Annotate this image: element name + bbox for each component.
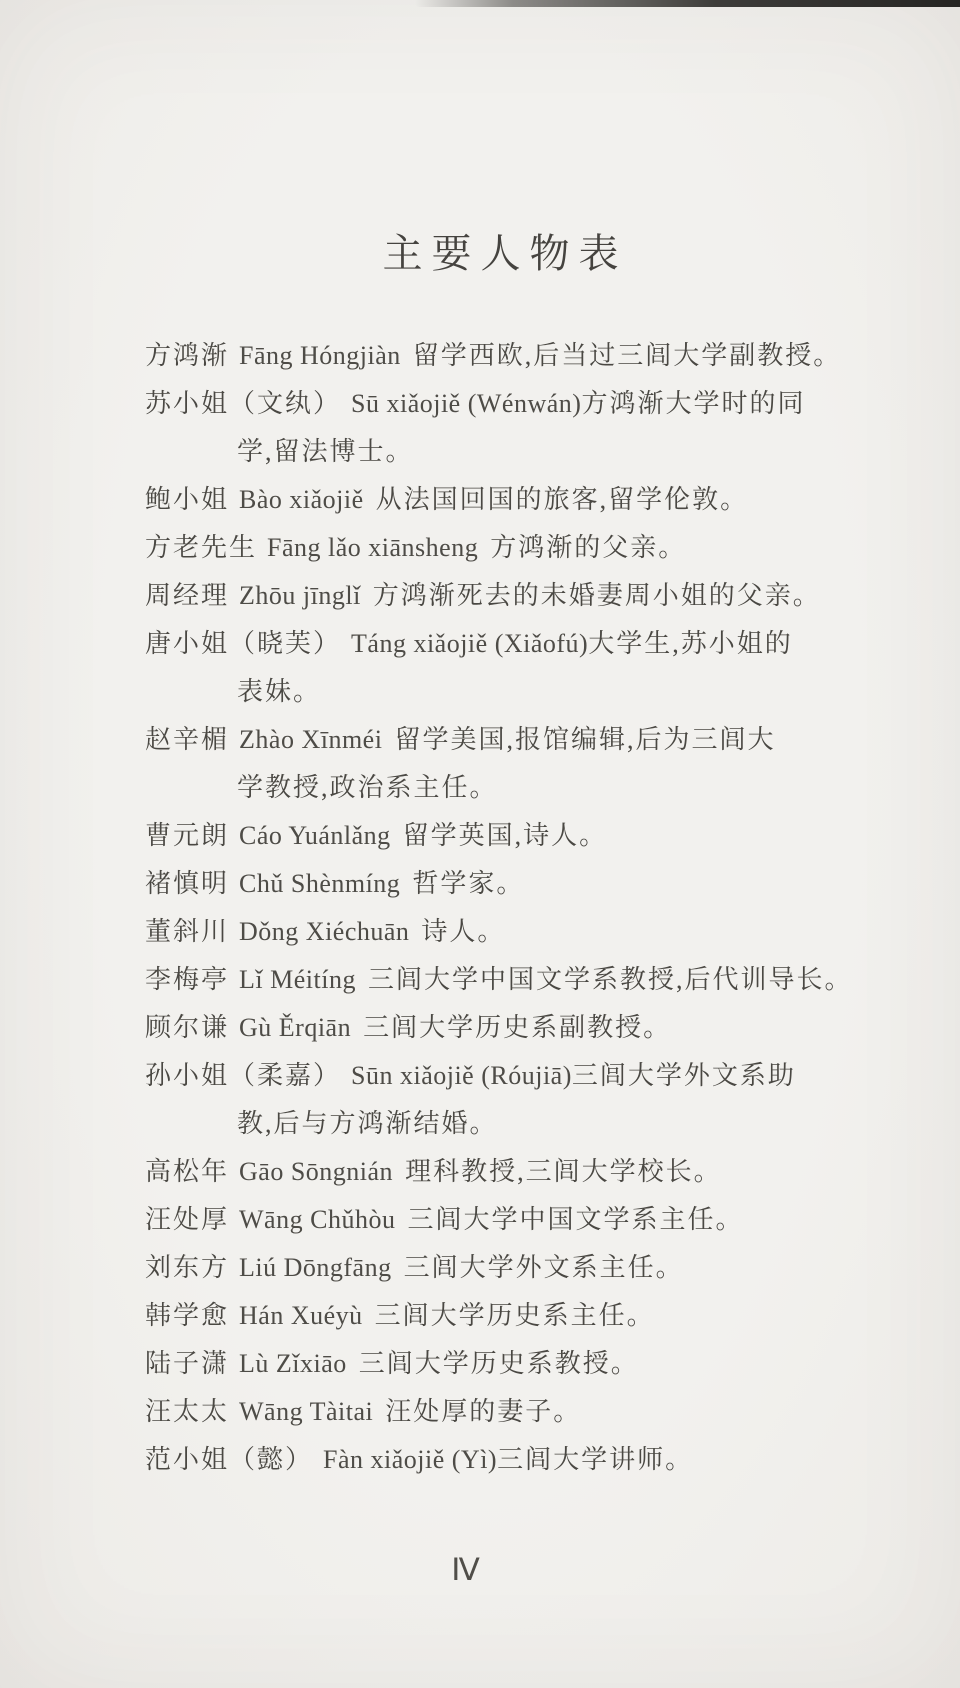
character-name: 赵辛楣 xyxy=(145,716,239,764)
character-description: 方鸿渐的父亲。 xyxy=(490,533,686,562)
character-description: 方鸿渐大学时的同 xyxy=(581,389,805,418)
character-list: 方鸿渐Fāng Hóngjiàn留学西欧,后当过三闾大学副教授。 苏小姐（文纨）… xyxy=(145,332,900,1484)
character-pinyin: Fàn xiǎojiě (Yì) xyxy=(323,1445,497,1474)
character-entry: 董斜川Dǒng Xiéchuān诗人。 xyxy=(145,908,900,956)
character-name: 方老先生 xyxy=(145,524,267,572)
character-name: 褚慎明 xyxy=(145,860,239,908)
character-pinyin: Chǔ Shènmíng xyxy=(239,869,400,898)
description-continuation-line: 学,留法博士。 xyxy=(145,428,900,476)
character-description: 哲学家。 xyxy=(412,869,524,898)
character-name: 刘东方 xyxy=(145,1244,239,1292)
character-entry-line: 曹元朗Cáo Yuánlǎng留学英国,诗人。 xyxy=(145,812,900,860)
character-name: 顾尔谦 xyxy=(145,1004,239,1052)
character-entry-line: 赵辛楣Zhào Xīnméi留学美国,报馆编辑,后为三闾大 xyxy=(145,716,900,764)
description-continuation-line: 教,后与方鸿渐结婚。 xyxy=(145,1100,900,1148)
character-entry: 曹元朗Cáo Yuánlǎng留学英国,诗人。 xyxy=(145,812,900,860)
character-pinyin: Gù Ěrqiān xyxy=(239,1013,351,1042)
character-entry-line: 唐小姐（晓芙）Táng xiǎojiě (Xiǎofú)大学生,苏小姐的 xyxy=(145,620,900,668)
scan-edge-artifact xyxy=(415,0,960,7)
character-entry-line: 孙小姐（柔嘉）Sūn xiǎojiě (Róujiā)三闾大学外文系助 xyxy=(145,1052,900,1100)
character-entry: 范小姐（懿）Fàn xiǎojiě (Yì)三闾大学讲师。 xyxy=(145,1436,900,1484)
character-description: 三闾大学历史系主任。 xyxy=(375,1301,655,1330)
character-entry-line: 褚慎明Chǔ Shènmíng哲学家。 xyxy=(145,860,900,908)
character-pinyin: Lù Zǐxiāo xyxy=(239,1349,347,1378)
character-entry: 刘东方Liú Dōngfāng三闾大学外文系主任。 xyxy=(145,1244,900,1292)
character-entry-line: 韩学愈Hán Xuéyù三闾大学历史系主任。 xyxy=(145,1292,900,1340)
character-entry-line: 苏小姐（文纨）Sū xiǎojiě (Wénwán)方鸿渐大学时的同 xyxy=(145,380,900,428)
character-description: 大学生,苏小姐的 xyxy=(588,629,793,658)
character-description: 三闾大学外文系助 xyxy=(572,1061,796,1090)
page-title: 主要人物表 xyxy=(25,222,960,279)
character-name: 方鸿渐 xyxy=(145,332,239,380)
character-description: 三闾大学中国文学系教授,后代训导长。 xyxy=(368,965,853,994)
character-name: 周经理 xyxy=(145,572,239,620)
character-entry-line: 刘东方Liú Dōngfāng三闾大学外文系主任。 xyxy=(145,1244,900,1292)
character-name: 董斜川 xyxy=(145,908,239,956)
character-entry: 汪太太Wāng Tàitai汪处厚的妻子。 xyxy=(145,1388,900,1436)
character-entry-line: 顾尔谦Gù Ěrqiān三闾大学历史系副教授。 xyxy=(145,1004,900,1052)
character-entry: 赵辛楣Zhào Xīnméi留学美国,报馆编辑,后为三闾大 学教授,政治系主任。 xyxy=(145,716,900,812)
character-pinyin: Zhōu jīnglǐ xyxy=(239,581,361,610)
character-entry: 高松年Gāo Sōngnián理科教授,三闾大学校长。 xyxy=(145,1148,900,1196)
character-name: 陆子潇 xyxy=(145,1340,239,1388)
character-description: 三闾大学讲师。 xyxy=(497,1445,693,1474)
character-pinyin: Bào xiǎojiě xyxy=(239,485,364,514)
character-pinyin: Wāng Tàitai xyxy=(239,1397,373,1426)
character-entry: 褚慎明Chǔ Shènmíng哲学家。 xyxy=(145,860,900,908)
character-entry: 方鸿渐Fāng Hóngjiàn留学西欧,后当过三闾大学副教授。 xyxy=(145,332,900,380)
character-description: 诗人。 xyxy=(421,917,505,946)
description-continuation-line: 学教授,政治系主任。 xyxy=(145,764,900,812)
character-entry-line: 方老先生Fāng lǎo xiānsheng方鸿渐的父亲。 xyxy=(145,524,900,572)
character-entry-line: 高松年Gāo Sōngnián理科教授,三闾大学校长。 xyxy=(145,1148,900,1196)
character-name: 韩学愈 xyxy=(145,1292,239,1340)
character-entry: 唐小姐（晓芙）Táng xiǎojiě (Xiǎofú)大学生,苏小姐的 表妹。 xyxy=(145,620,900,716)
character-entry-line: 方鸿渐Fāng Hóngjiàn留学西欧,后当过三闾大学副教授。 xyxy=(145,332,900,380)
character-description: 方鸿渐死去的未婚妻周小姐的父亲。 xyxy=(373,581,821,610)
character-entry-line: 汪处厚Wāng Chǔhòu三闾大学中国文学系主任。 xyxy=(145,1196,900,1244)
character-name: 曹元朗 xyxy=(145,812,239,860)
character-name: 李梅亭 xyxy=(145,956,239,1004)
character-pinyin: Fāng lǎo xiānsheng xyxy=(267,533,478,562)
page-number: Ⅳ xyxy=(0,1552,946,1588)
scanned-book-page: 主要人物表 方鸿渐Fāng Hóngjiàn留学西欧,后当过三闾大学副教授。 苏… xyxy=(0,0,960,1688)
character-entry-line: 董斜川Dǒng Xiéchuān诗人。 xyxy=(145,908,900,956)
character-description: 汪处厚的妻子。 xyxy=(385,1397,581,1426)
character-entry-line: 汪太太Wāng Tàitai汪处厚的妻子。 xyxy=(145,1388,900,1436)
character-entry: 鲍小姐Bào xiǎojiě从法国回国的旅客,留学伦敦。 xyxy=(145,476,900,524)
character-description: 留学美国,报馆编辑,后为三闾大 xyxy=(394,725,775,754)
character-name: 苏小姐（文纨） xyxy=(145,380,351,428)
character-entry-line: 李梅亭Lǐ Méitíng三闾大学中国文学系教授,后代训导长。 xyxy=(145,956,900,1004)
character-name: 鲍小姐 xyxy=(145,476,239,524)
character-entry: 顾尔谦Gù Ěrqiān三闾大学历史系副教授。 xyxy=(145,1004,900,1052)
character-pinyin: Fāng Hóngjiàn xyxy=(239,341,401,370)
character-pinyin: Lǐ Méitíng xyxy=(239,965,356,994)
character-entry: 周经理Zhōu jīnglǐ方鸿渐死去的未婚妻周小姐的父亲。 xyxy=(145,572,900,620)
character-entry-line: 鲍小姐Bào xiǎojiě从法国回国的旅客,留学伦敦。 xyxy=(145,476,900,524)
character-description: 留学西欧,后当过三闾大学副教授。 xyxy=(413,341,842,370)
character-entry: 方老先生Fāng lǎo xiānsheng方鸿渐的父亲。 xyxy=(145,524,900,572)
character-pinyin: Táng xiǎojiě (Xiǎofú) xyxy=(351,629,588,658)
character-name: 孙小姐（柔嘉） xyxy=(145,1052,351,1100)
character-description: 三闾大学历史系教授。 xyxy=(359,1349,639,1378)
character-description: 三闾大学外文系主任。 xyxy=(404,1253,684,1282)
character-pinyin: Liú Dōngfāng xyxy=(239,1253,392,1282)
character-description: 理科教授,三闾大学校长。 xyxy=(405,1157,722,1186)
character-pinyin: Dǒng Xiéchuān xyxy=(239,917,409,946)
character-entry: 苏小姐（文纨）Sū xiǎojiě (Wénwán)方鸿渐大学时的同 学,留法博… xyxy=(145,380,900,476)
character-pinyin: Hán Xuéyù xyxy=(239,1301,363,1330)
character-description: 留学英国,诗人。 xyxy=(403,821,608,850)
character-pinyin: Zhào Xīnméi xyxy=(239,725,382,754)
character-entry: 陆子潇Lù Zǐxiāo三闾大学历史系教授。 xyxy=(145,1340,900,1388)
character-entry-line: 周经理Zhōu jīnglǐ方鸿渐死去的未婚妻周小姐的父亲。 xyxy=(145,572,900,620)
character-pinyin: Sūn xiǎojiě (Róujiā) xyxy=(351,1061,572,1090)
character-pinyin: Gāo Sōngnián xyxy=(239,1157,393,1186)
character-pinyin: Wāng Chǔhòu xyxy=(239,1205,395,1234)
character-pinyin: Sū xiǎojiě (Wénwán) xyxy=(351,389,581,418)
character-entry: 汪处厚Wāng Chǔhòu三闾大学中国文学系主任。 xyxy=(145,1196,900,1244)
character-entry: 李梅亭Lǐ Méitíng三闾大学中国文学系教授,后代训导长。 xyxy=(145,956,900,1004)
description-continuation-line: 表妹。 xyxy=(145,668,900,716)
character-name: 汪太太 xyxy=(145,1388,239,1436)
character-name: 范小姐（懿） xyxy=(145,1436,323,1484)
character-description: 三闾大学历史系副教授。 xyxy=(363,1013,671,1042)
character-pinyin: Cáo Yuánlǎng xyxy=(239,821,391,850)
character-entry-line: 范小姐（懿）Fàn xiǎojiě (Yì)三闾大学讲师。 xyxy=(145,1436,900,1484)
character-description: 三闾大学中国文学系主任。 xyxy=(407,1205,743,1234)
character-name: 高松年 xyxy=(145,1148,239,1196)
character-entry: 韩学愈Hán Xuéyù三闾大学历史系主任。 xyxy=(145,1292,900,1340)
character-name: 唐小姐（晓芙） xyxy=(145,620,351,668)
character-entry-line: 陆子潇Lù Zǐxiāo三闾大学历史系教授。 xyxy=(145,1340,900,1388)
character-description: 从法国回国的旅客,留学伦敦。 xyxy=(376,485,749,514)
character-entry: 孙小姐（柔嘉）Sūn xiǎojiě (Róujiā)三闾大学外文系助 教,后与… xyxy=(145,1052,900,1148)
character-name: 汪处厚 xyxy=(145,1196,239,1244)
